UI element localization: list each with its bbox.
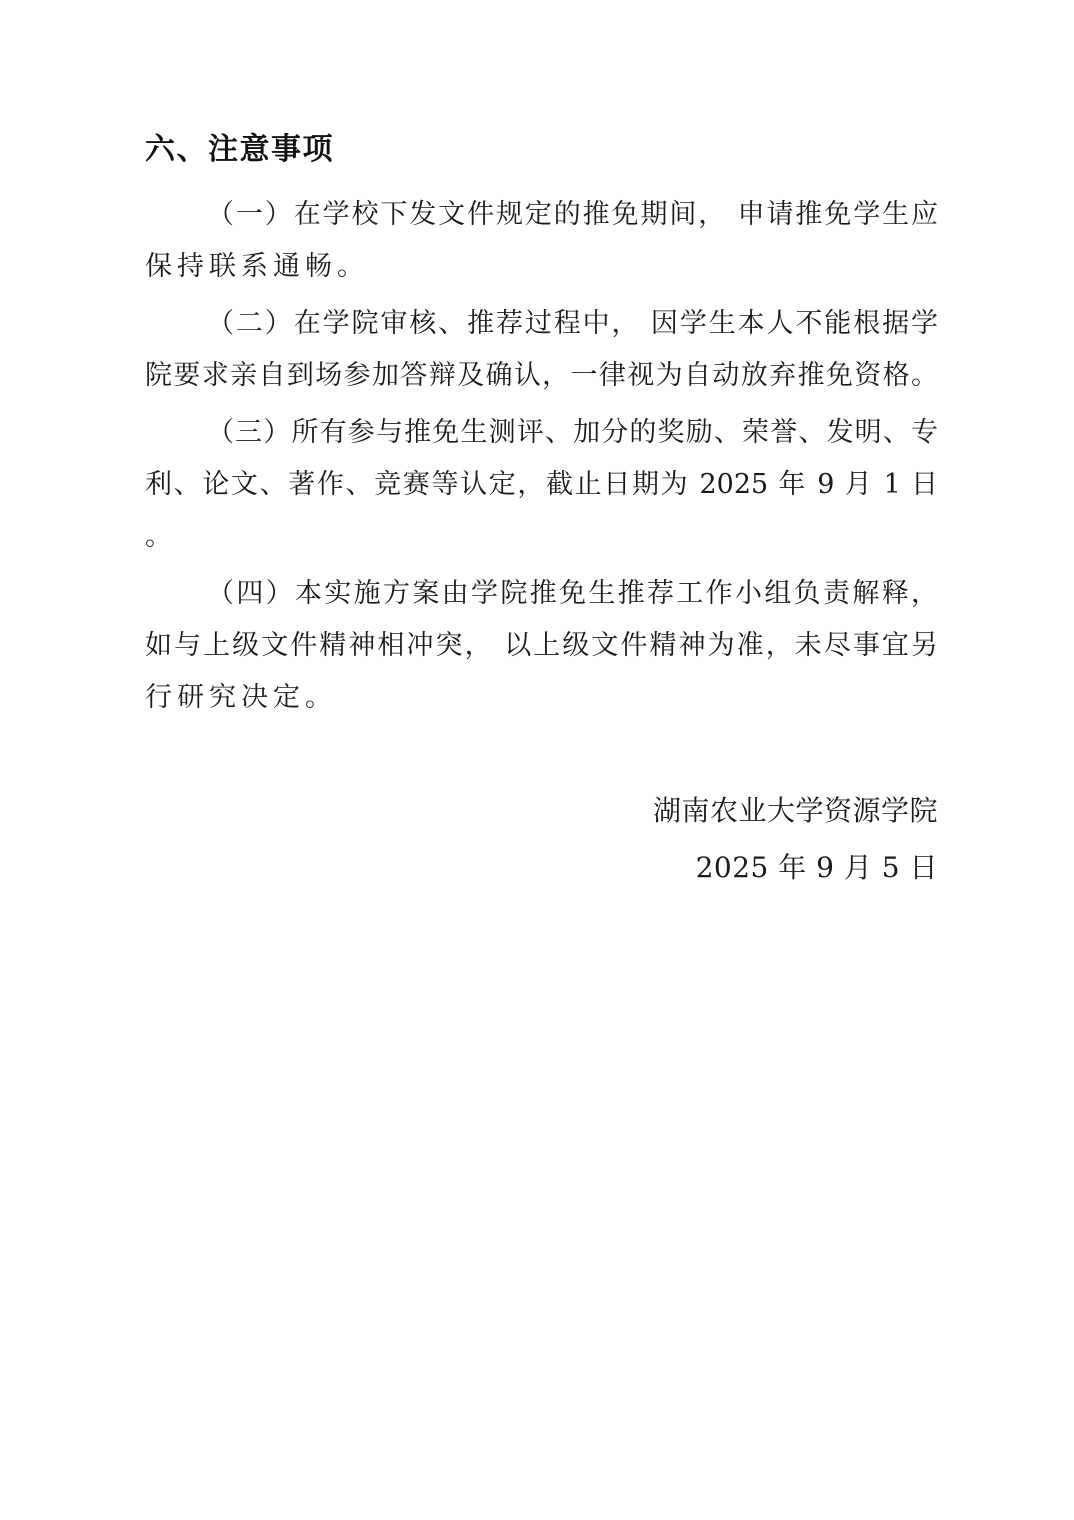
- paragraph-line: 院要求亲自到场参加答辩及确认，一律视为自动放弃推免资格。: [145, 350, 938, 402]
- paragraph-2: （二）在学院审核、推荐过程中， 因学生本人不能根据学 院要求亲自到场参加答辩及确…: [145, 298, 938, 402]
- paragraph-line: 利、论文、著作、竞赛等认定，截止日期为 2025 年 9 月 1 日: [145, 459, 938, 511]
- paragraph-line: 保持联系通畅。: [145, 241, 938, 293]
- document-page: 六、注意事项 （一）在学校下发文件规定的推免期间， 申请推免学生应 保持联系通畅…: [0, 0, 1074, 1520]
- paragraph-3: （三）所有参与推免生测评、加分的奖励、荣誉、发明、专 利、论文、著作、竞赛等认定…: [145, 407, 938, 563]
- paragraph-line: （二）在学院审核、推荐过程中， 因学生本人不能根据学: [145, 298, 938, 350]
- signature-block: 湖南农业大学资源学院 2025 年 9 月 5 日: [145, 782, 938, 896]
- paragraph-line: 。: [145, 511, 938, 563]
- paragraph-line: 行研究决定。: [145, 672, 938, 724]
- signature-organization: 湖南农业大学资源学院: [145, 782, 938, 839]
- paragraph-4: （四）本实施方案由学院推免生推荐工作小组负责解释， 如与上级文件精神相冲突， 以…: [145, 568, 938, 724]
- paragraph-1: （一）在学校下发文件规定的推免期间， 申请推免学生应 保持联系通畅。: [145, 189, 938, 293]
- paragraph-line: （一）在学校下发文件规定的推免期间， 申请推免学生应: [145, 189, 938, 241]
- signature-date: 2025 年 9 月 5 日: [145, 839, 938, 896]
- paragraph-line: （四）本实施方案由学院推免生推荐工作小组负责解释，: [145, 568, 938, 620]
- document-body: 六、注意事项 （一）在学校下发文件规定的推免期间， 申请推免学生应 保持联系通畅…: [145, 131, 938, 896]
- paragraph-line: 如与上级文件精神相冲突， 以上级文件精神为准，未尽事宜另: [145, 620, 938, 672]
- paragraph-line: （三）所有参与推免生测评、加分的奖励、荣誉、发明、专: [145, 407, 938, 459]
- section-heading: 六、注意事项: [145, 131, 938, 169]
